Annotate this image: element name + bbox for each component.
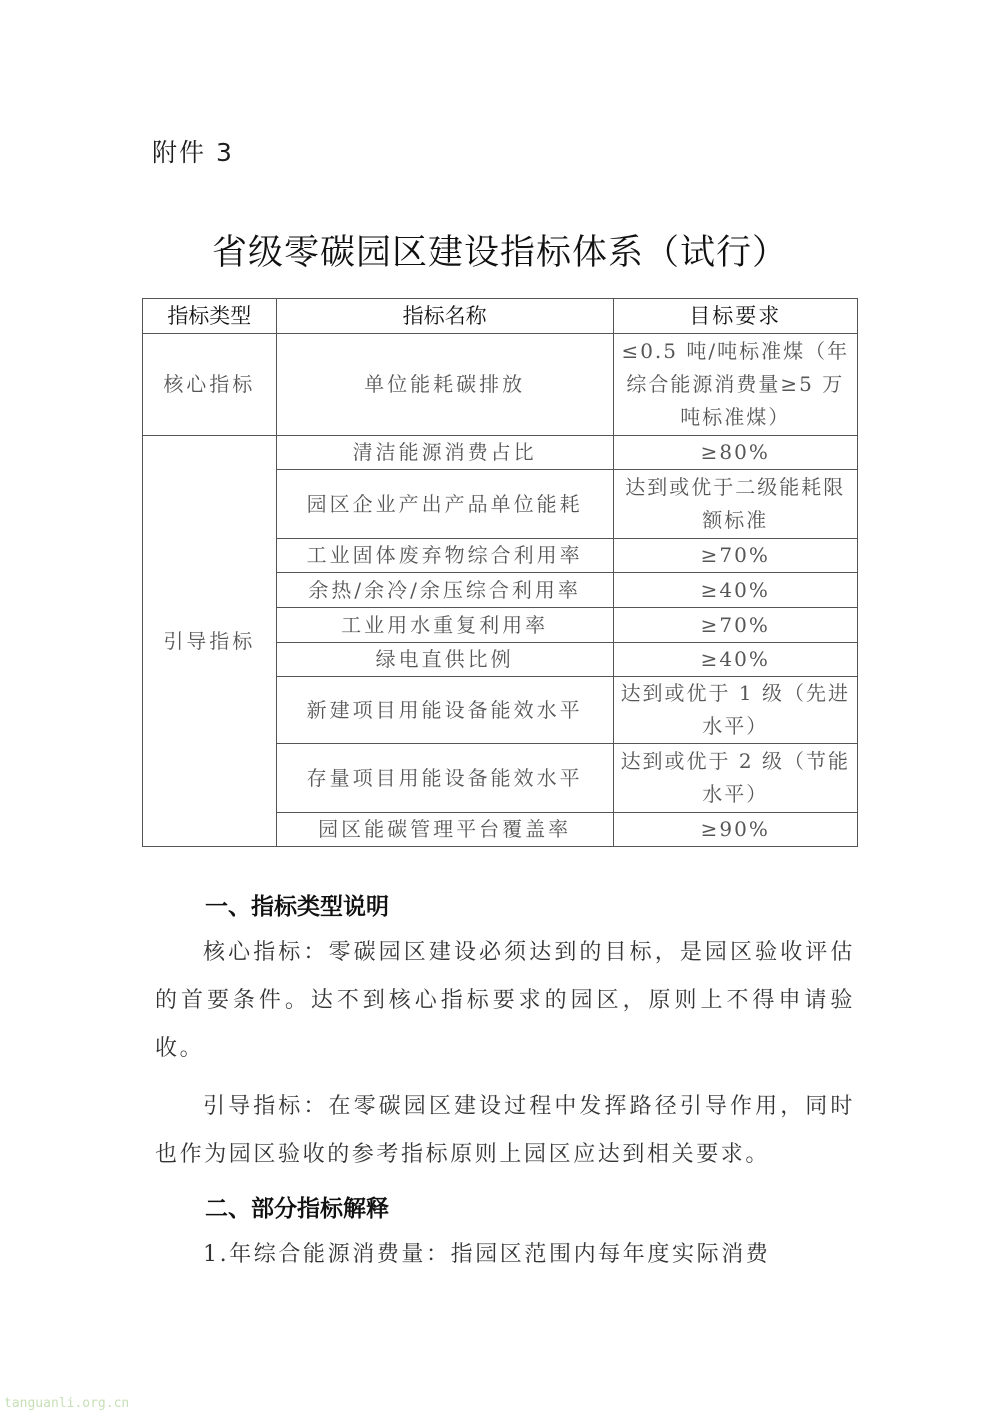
indicator-name: 工业固体废弃物综合利用率 bbox=[276, 539, 613, 573]
indicator-name: 单位能耗碳排放 bbox=[276, 334, 613, 436]
indicator-type-guide: 引导指标 bbox=[143, 436, 277, 847]
indicator-name: 存量项目用能设备能效水平 bbox=[276, 744, 613, 813]
table-header-row: 指标类型 指标名称 目标要求 bbox=[143, 299, 858, 334]
paragraph-guide: 引导指标：在零碳园区建设过程中发挥路径引导作用，同时也作为园区验收的参考指标原则… bbox=[155, 1083, 855, 1179]
table-row: 核心指标 单位能耗碳排放 ≤0.5 吨/吨标准煤（年综合能源消费量≥5 万吨标准… bbox=[143, 334, 858, 436]
column-header-name: 指标名称 bbox=[276, 299, 613, 334]
paragraph-energy-consumption: 1.年综合能源消费量：指园区范围内每年度实际消费 bbox=[155, 1231, 855, 1279]
indicator-name: 园区能碳管理平台覆盖率 bbox=[276, 813, 613, 847]
indicator-name: 园区企业产出产品单位能耗 bbox=[276, 470, 613, 539]
column-header-target: 目标要求 bbox=[613, 299, 857, 334]
section-heading-types: 一、指标类型说明 bbox=[205, 888, 389, 921]
table-row: 引导指标 清洁能源消费占比 ≥80% bbox=[143, 436, 858, 470]
section-heading-explanations: 二、部分指标解释 bbox=[205, 1190, 389, 1223]
indicator-name: 新建项目用能设备能效水平 bbox=[276, 677, 613, 744]
indicator-target: ≥70% bbox=[613, 539, 857, 573]
paragraph-core: 核心指标：零碳园区建设必须达到的目标，是园区验收评估的首要条件。达不到核心指标要… bbox=[155, 929, 855, 1073]
indicator-target: ≥70% bbox=[613, 608, 857, 643]
indicator-target: ≥40% bbox=[613, 573, 857, 608]
watermark: tanguanli.org.cn bbox=[4, 1396, 129, 1411]
indicator-target: ≥90% bbox=[613, 813, 857, 847]
indicator-target: ≥80% bbox=[613, 436, 857, 470]
indicator-name: 清洁能源消费占比 bbox=[276, 436, 613, 470]
indicator-name: 绿电直供比例 bbox=[276, 643, 613, 677]
document-title: 省级零碳园区建设指标体系（试行） bbox=[0, 225, 1000, 275]
indicator-table: 指标类型 指标名称 目标要求 核心指标 单位能耗碳排放 ≤0.5 吨/吨标准煤（… bbox=[142, 298, 858, 847]
indicator-target: 达到或优于 1 级（先进水平） bbox=[613, 677, 857, 744]
indicator-target: ≥40% bbox=[613, 643, 857, 677]
indicator-name: 余热/余冷/余压综合利用率 bbox=[276, 573, 613, 608]
indicator-target: 达到或优于 2 级（节能水平） bbox=[613, 744, 857, 813]
indicator-name: 工业用水重复利用率 bbox=[276, 608, 613, 643]
column-header-type: 指标类型 bbox=[143, 299, 277, 334]
indicator-target: 达到或优于二级能耗限额标准 bbox=[613, 470, 857, 539]
attachment-label: 附件 3 bbox=[152, 133, 234, 169]
indicator-target: ≤0.5 吨/吨标准煤（年综合能源消费量≥5 万吨标准煤） bbox=[613, 334, 857, 436]
indicator-type-core: 核心指标 bbox=[143, 334, 277, 436]
